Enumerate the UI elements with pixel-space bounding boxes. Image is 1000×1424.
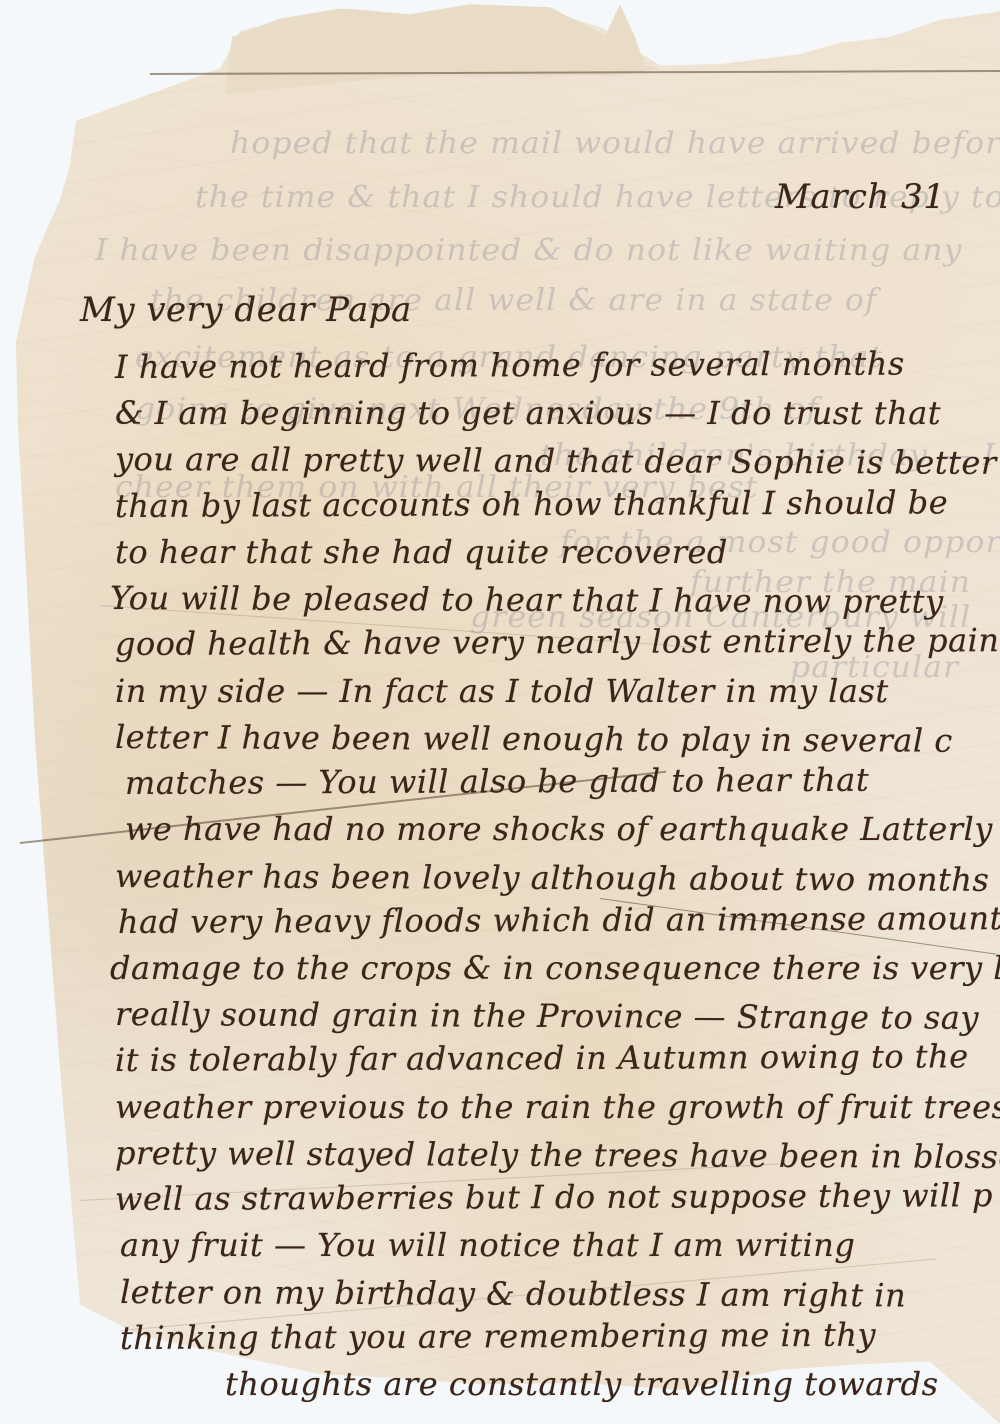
letter-line-4: than by last accounts oh how thankful I … xyxy=(115,483,948,525)
letter-line-8: in my side — In fact as I told Walter in… xyxy=(115,672,889,710)
letter-line-20: any fruit — You will notice that I am wr… xyxy=(120,1226,855,1264)
letter-line-19: well as strawberries but I do not suppos… xyxy=(115,1176,993,1218)
letter-line-7: good health & have very nearly lost enti… xyxy=(115,621,1000,663)
letter-line-11: we have had no more shocks of earthquake… xyxy=(125,810,993,848)
letter-line-22: thinking that you are remembering me in … xyxy=(120,1316,876,1357)
letter-line-16: it is tolerably far advanced in Autumn o… xyxy=(115,1037,969,1079)
letter-date: March 31 xyxy=(775,177,945,217)
letter-line-17: weather previous to the rain the growth … xyxy=(115,1088,1000,1126)
letter-line-1: I have not heard from home for several m… xyxy=(115,345,905,386)
letter-line-6: You will be pleased to hear that I have … xyxy=(110,579,944,621)
letter-line-15: really sound grain in the Province — Str… xyxy=(115,995,979,1037)
letter-line-2: & I am beginning to get anxious — I do t… xyxy=(115,394,941,432)
letter-line-21: letter on my birthday & doubtless I am r… xyxy=(120,1273,906,1314)
letter-line-14: damage to the crops & in consequence the… xyxy=(110,949,1000,987)
letter-line-12: weather has been lovely although about t… xyxy=(115,857,1000,899)
letter-line-18: pretty well stayed lately the trees have… xyxy=(115,1134,1000,1176)
letter-line-9: letter I have been well enough to play i… xyxy=(115,718,953,760)
letter-line-3: you are all pretty well and that dear So… xyxy=(115,440,997,482)
letter-line-10: matches — You will also be glad to hear … xyxy=(125,761,869,802)
scanned-letter: hoped that the mail would have arrived b… xyxy=(0,0,1000,1424)
letter-line-23: thoughts are constantly travelling towar… xyxy=(225,1365,939,1403)
letter-line-5: to hear that she had quite recovered xyxy=(115,533,728,571)
letter-line-13: had very heavy floods which did an immen… xyxy=(118,899,1000,941)
letter-salutation: My very dear Papa xyxy=(80,290,412,330)
